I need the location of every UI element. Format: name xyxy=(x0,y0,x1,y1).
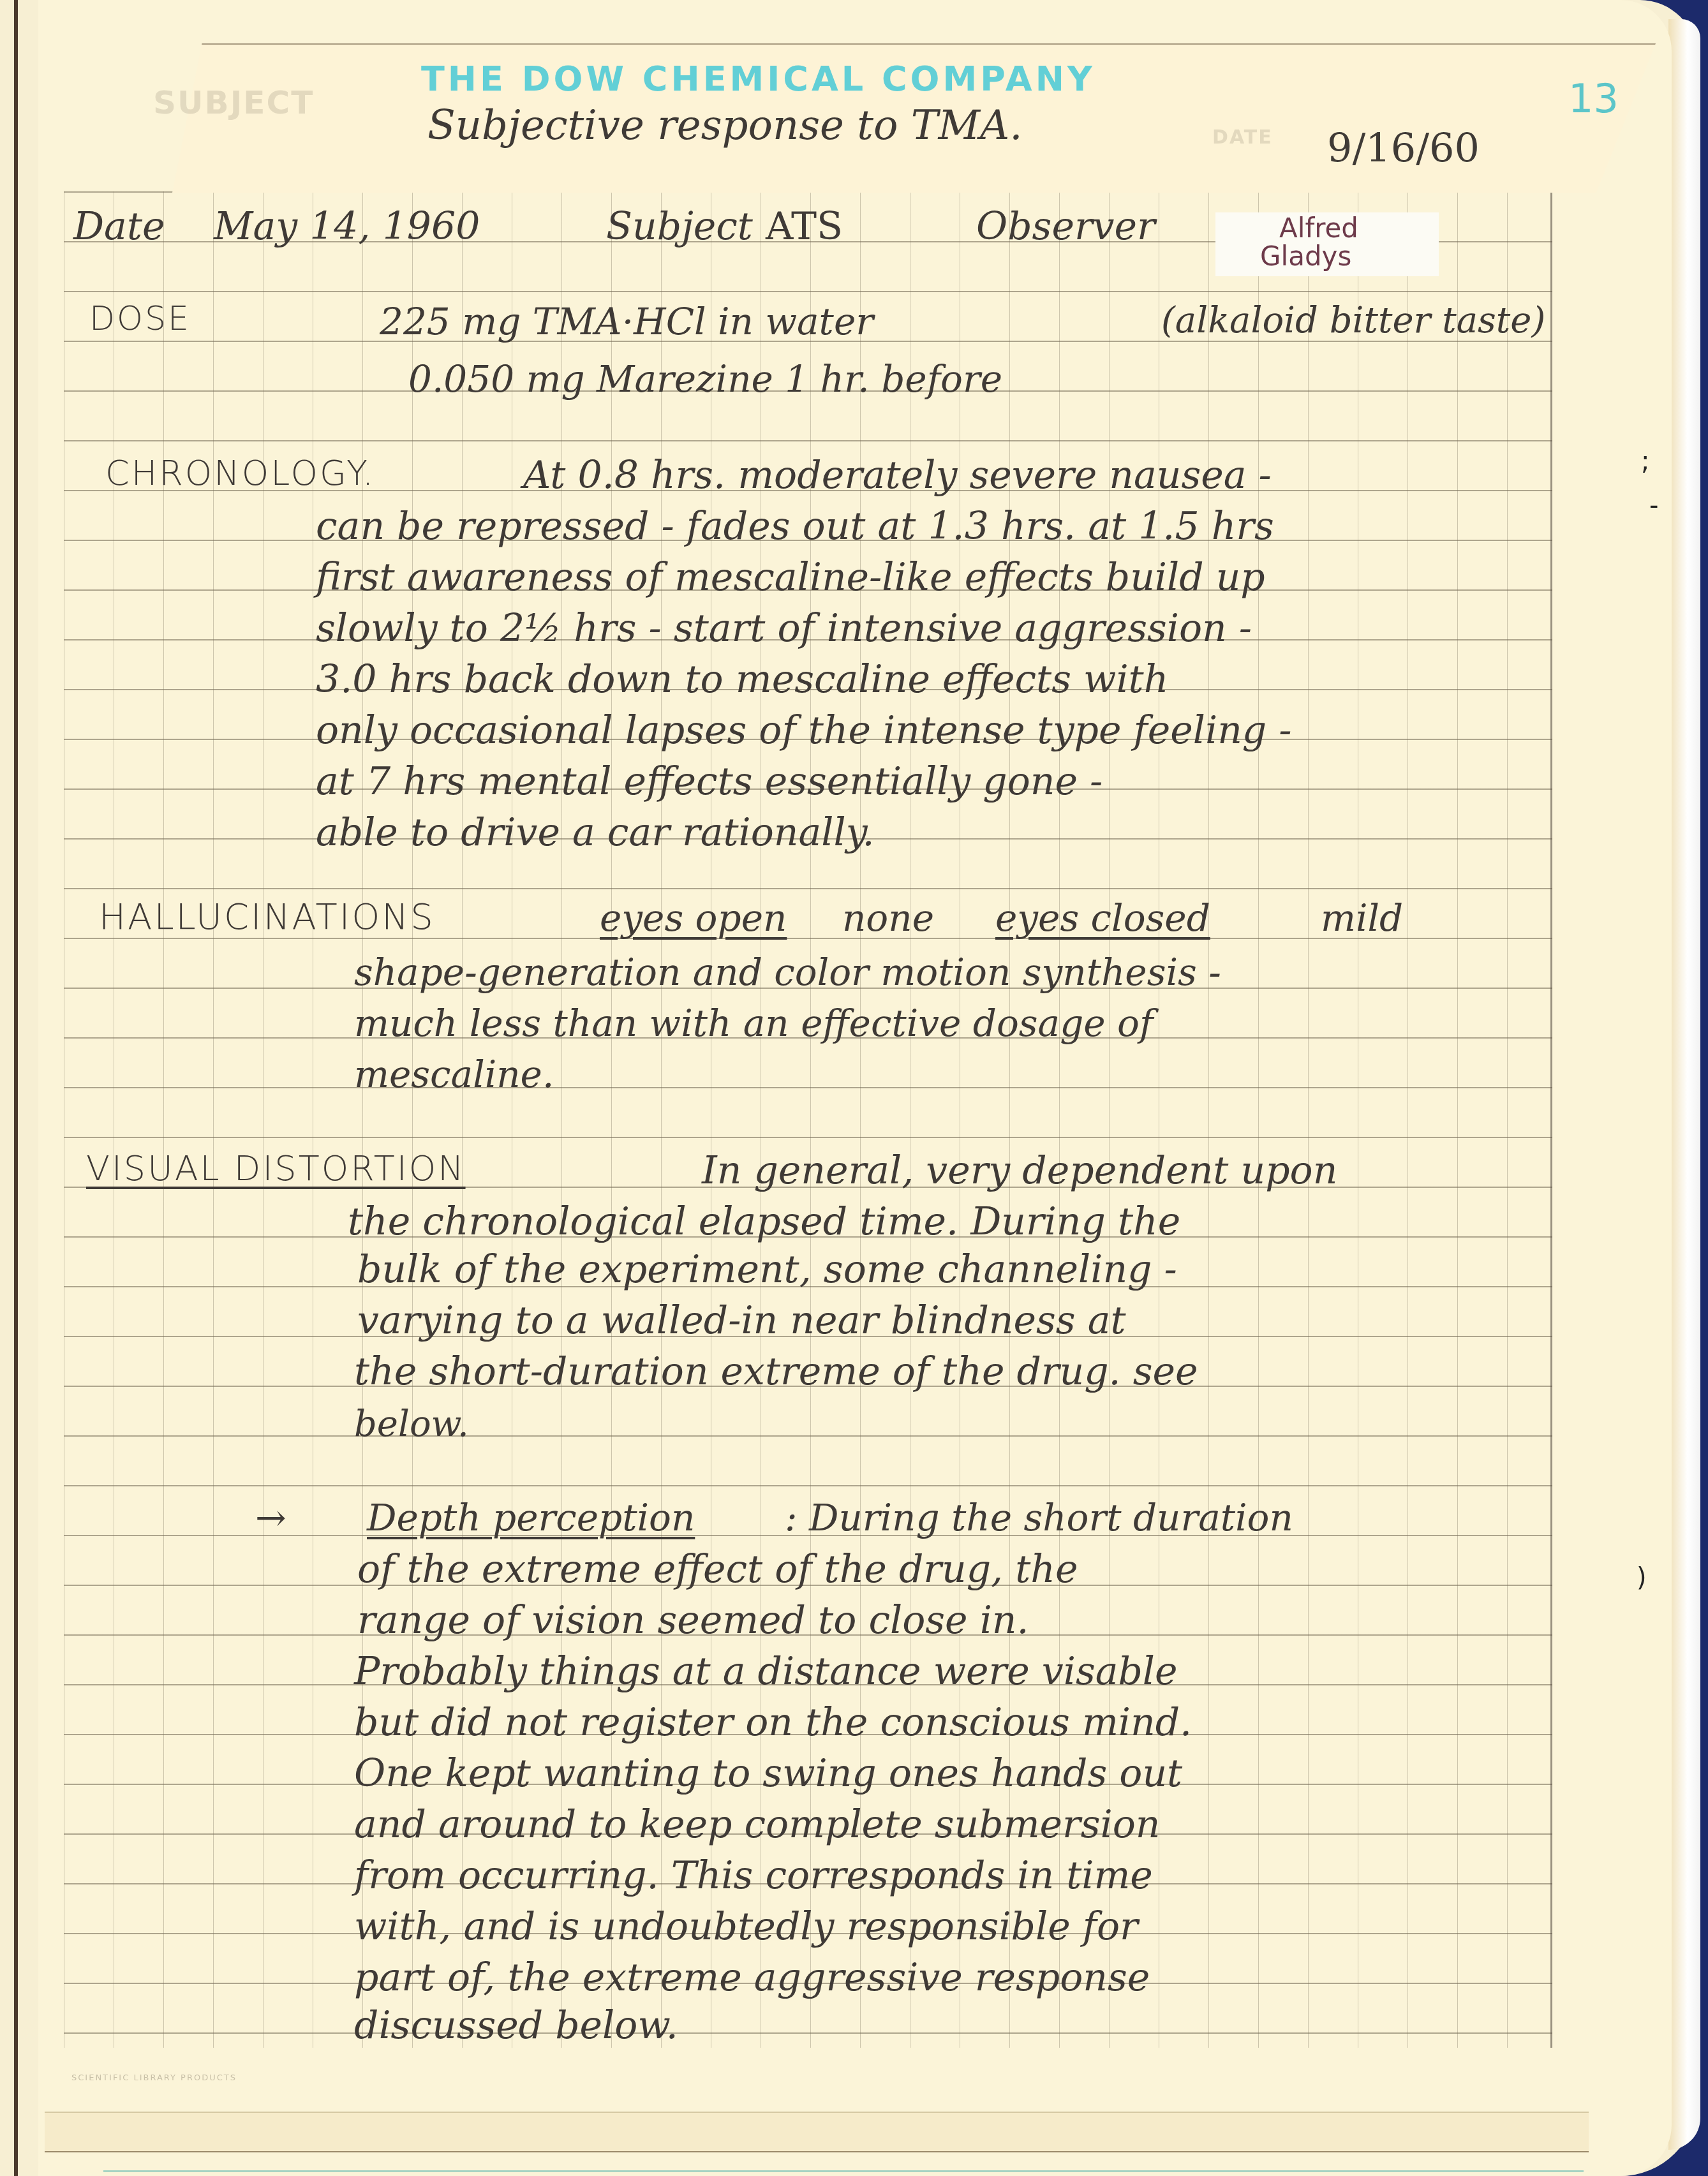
chronology-line: 3.0 hrs back down to mescaline effects w… xyxy=(316,657,1168,702)
header-subject: Subjective response to TMA. xyxy=(427,102,1023,149)
observer-name-2: Gladys xyxy=(1260,241,1351,272)
visual-distortion-line: varying to a walled-in near blindness at xyxy=(357,1298,1126,1343)
footer-imprint: SCIENTIFIC LIBRARY PRODUCTS xyxy=(71,2073,237,2083)
entry-date-label: Date xyxy=(73,204,165,249)
eyes-closed-value: mild xyxy=(1321,896,1403,940)
entry-subject-label: Subject xyxy=(606,204,753,249)
hallucinations-line: mescaline. xyxy=(354,1053,554,1096)
depth-perception-line: and around to keep complete submersion xyxy=(354,1802,1161,1847)
chronology-line: able to drive a car rationally. xyxy=(316,810,875,855)
depth-perception-line: of the extreme effect of the drug, the xyxy=(357,1547,1078,1592)
chronology-line: at 7 hrs mental effects essentially gone… xyxy=(316,759,1103,804)
depth-perception-line: range of vision seemed to close in. xyxy=(357,1598,1029,1643)
visual-distortion-line: the chronological elapsed time. During t… xyxy=(348,1199,1180,1244)
chronology-label: CHRONOLOGY. xyxy=(105,453,375,493)
depth-perception-label: Depth perception xyxy=(367,1496,695,1539)
footer-rule xyxy=(103,2170,1584,2172)
visual-distortion-line: below. xyxy=(354,1403,469,1445)
chronology-line: slowly to 2½ hrs - start of intensive ag… xyxy=(316,606,1252,651)
dose-line-3: 0.050 mg Marezine 1 hr. before xyxy=(408,357,1002,401)
page-number: 13 xyxy=(1568,75,1619,122)
hallucinations-line: much less than with an effective dosage … xyxy=(354,1002,1153,1045)
visual-distortion-line: In general, very dependent upon xyxy=(702,1148,1337,1193)
depth-perception-line: discussed below. xyxy=(354,2003,678,2048)
eyes-open-label: eyes open xyxy=(600,896,787,940)
depth-perception-line: with, and is undoubtedly responsible for xyxy=(354,1904,1138,1949)
entry-subject-value: ATS xyxy=(766,204,843,249)
entry-observer-label: Observer xyxy=(976,204,1155,249)
hallucinations-line: shape-generation and color motion synthe… xyxy=(354,951,1221,994)
observer-name-1: Alfred xyxy=(1279,212,1358,244)
depth-perception-line: from occurring. This corresponds in time xyxy=(354,1853,1153,1898)
dose-line-1: 225 mg TMA·HCl in water xyxy=(380,300,873,343)
chronology-line: first awareness of mescaline-like effect… xyxy=(316,555,1265,600)
margin-mark: - xyxy=(1649,491,1658,521)
company-name: THE DOW CHEMICAL COMPANY xyxy=(421,59,1095,99)
visual-distortion-line: the short-duration extreme of the drug. … xyxy=(354,1349,1198,1394)
depth-perception-line: part of, the extreme aggressive response xyxy=(354,1955,1150,2000)
depth-perception-line: Probably things at a distance were visab… xyxy=(354,1649,1178,1694)
margin-mark: ; xyxy=(1641,447,1649,476)
page-edge xyxy=(1668,19,1700,2150)
header-date: 9/16/60 xyxy=(1327,124,1480,171)
depth-perception-line: but did not register on the conscious mi… xyxy=(354,1700,1192,1745)
eyes-open-value: none xyxy=(842,896,934,940)
date-print-label: DATE xyxy=(1212,126,1273,149)
visual-distortion-label: VISUAL DISTORTION xyxy=(86,1148,466,1188)
depth-perception-line: One kept wanting to swing ones hands out xyxy=(354,1751,1182,1796)
entry-date-value: May 14, 1960 xyxy=(214,204,480,249)
margin-mark: ) xyxy=(1637,1563,1647,1592)
chronology-line: can be repressed - fades out at 1.3 hrs.… xyxy=(316,504,1274,549)
binding-rule xyxy=(14,0,18,2176)
chronology-line: only occasional lapses of the intense ty… xyxy=(316,708,1292,753)
hallucinations-label: HALLUCINATIONS xyxy=(99,896,435,938)
dose-label: DOSE xyxy=(89,300,191,338)
footer-band xyxy=(45,2112,1589,2152)
arrow-right-icon: → xyxy=(255,1496,286,1539)
dose-line-2: (alkaloid bitter taste) xyxy=(1161,300,1545,341)
depth-perception-line: : During the short duration xyxy=(785,1496,1293,1539)
chronology-line: At 0.8 hrs. moderately severe nausea - xyxy=(523,453,1272,498)
visual-distortion-line: bulk of the experiment, some channeling … xyxy=(357,1247,1177,1292)
subject-print-label: SUBJECT xyxy=(153,84,314,121)
eyes-closed-label: eyes closed xyxy=(995,896,1210,940)
observer-label-sticker: Alfred Gladys xyxy=(1215,212,1439,276)
